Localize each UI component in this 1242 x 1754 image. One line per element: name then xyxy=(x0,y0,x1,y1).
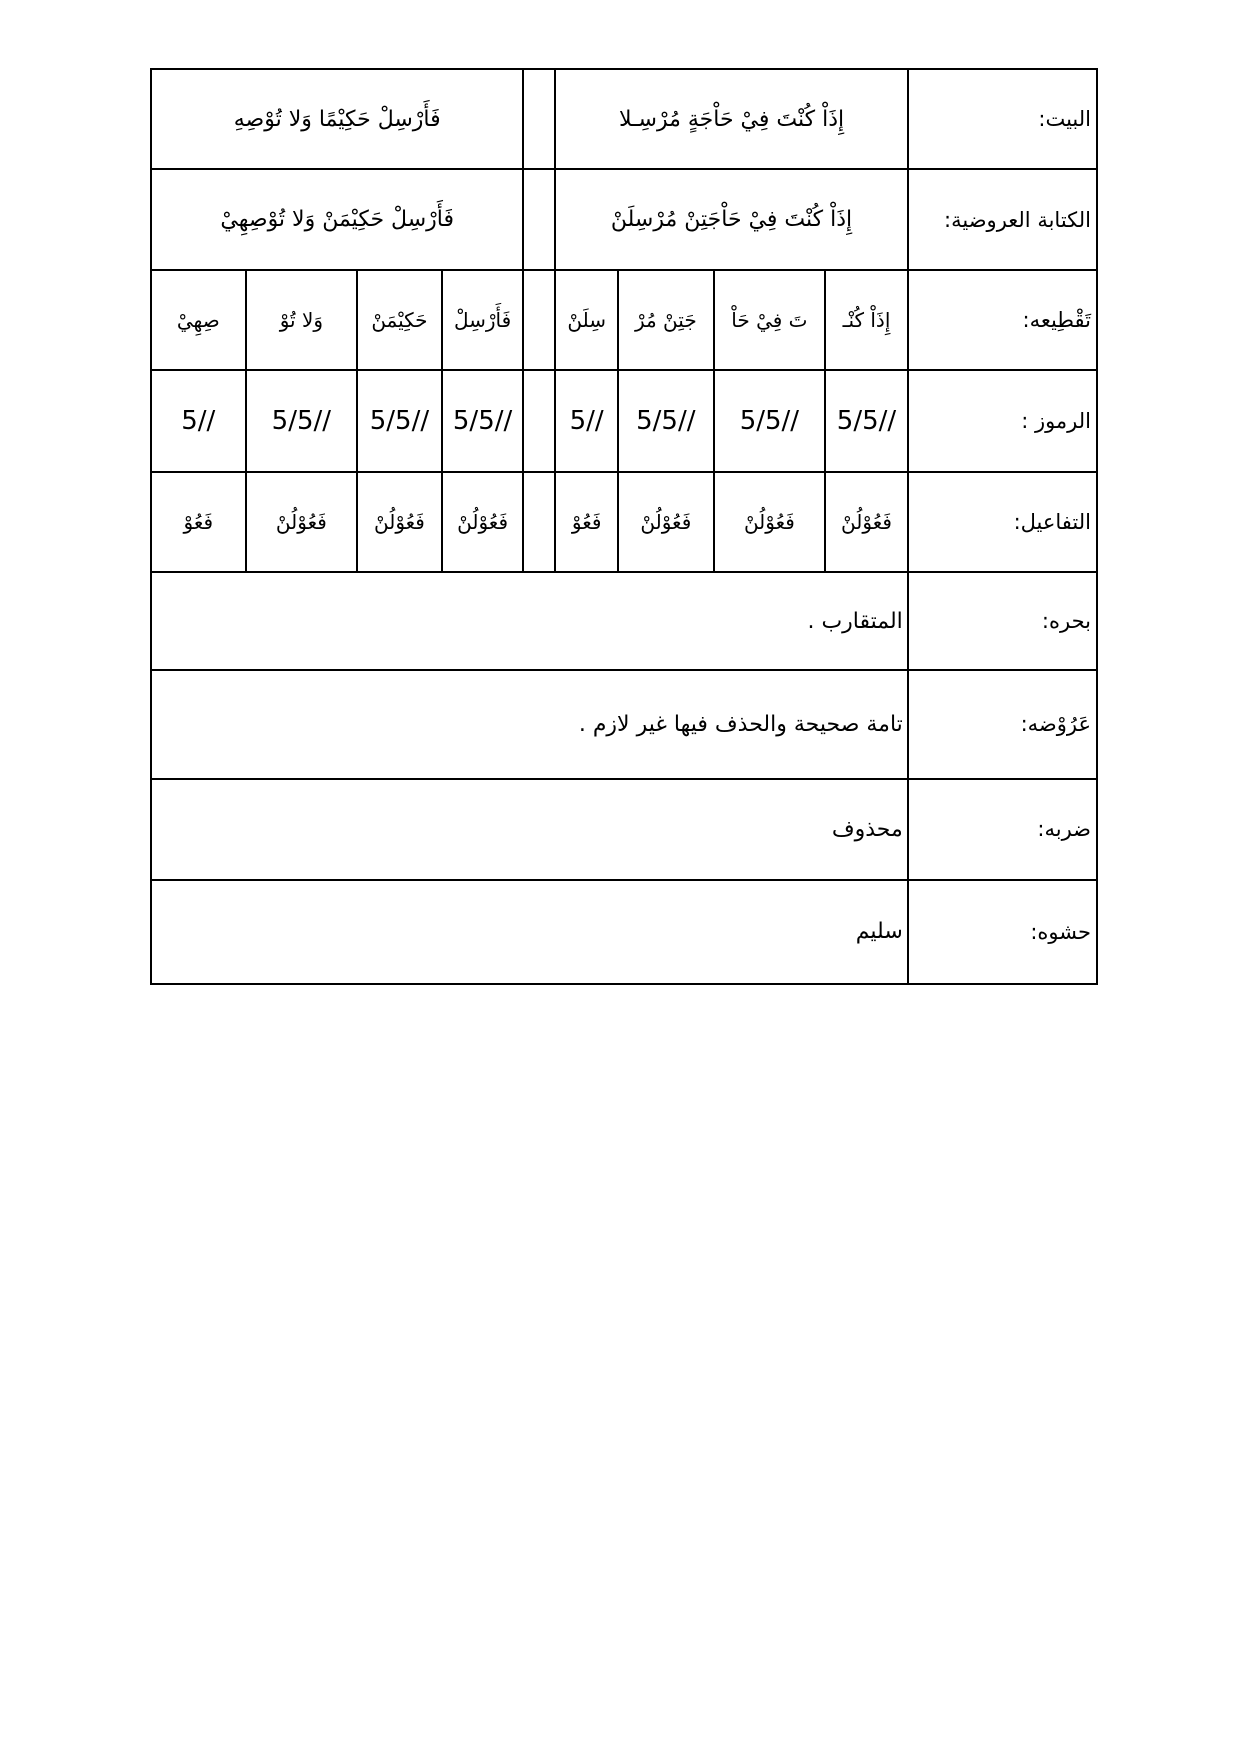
arud-value: تامة صحيحة والحذف فيها غير لازم . xyxy=(152,671,907,778)
symbols-left-3: 5/5// xyxy=(245,371,357,470)
row-darb: ضربه: محذوف xyxy=(152,780,1096,880)
symbols-left-4: 5// xyxy=(152,371,245,470)
feet-right-3: فَعُوْلُنْ xyxy=(617,473,713,571)
row-verse: البيت: إِذَاْ كُنْتَ فِيْ حَاْجَةٍ مُرْس… xyxy=(152,70,1096,170)
symbols-right-1: 5/5// xyxy=(824,371,907,470)
scansion-left-segment-4: صِهِيْ xyxy=(152,271,245,369)
scansion-right-segment-2: تَ فِيْ حَاْ xyxy=(713,271,825,369)
scansion-right-segment-3: جَتِنْ مُرْ xyxy=(617,271,713,369)
row-meter: بحره: المتقارب . xyxy=(152,573,1096,670)
scansion-left-segment-2: حَكِيْمَنْ xyxy=(356,271,441,369)
row-feet: التفاعيل: فَعُوْلُنْ فَعُوْلُنْ فَعُوْلُ… xyxy=(152,473,1096,573)
hashw-value: سليم xyxy=(152,881,907,983)
darb-label: ضربه: xyxy=(907,780,1096,878)
prosodic-writing-right: إِذَاْ كُنْتَ فِيْ حَاْجَتِنْ مُرْسِلَنْ xyxy=(554,170,907,268)
feet-left-1: فَعُوْلُنْ xyxy=(441,473,523,571)
feet-right-2: فَعُوْلُنْ xyxy=(713,473,825,571)
scansion-label: تَقْطِيعه: xyxy=(907,271,1096,369)
feet-right-1: فَعُوْلُنْ xyxy=(824,473,907,571)
hemistich-separator-cell xyxy=(522,371,554,470)
document-page: { "table": { "labels": { "bayt": "البيت:… xyxy=(0,0,1242,1754)
symbols-right-4: 5// xyxy=(554,371,617,470)
row-scansion: تَقْطِيعه: إِذَاْ كُنْـ تَ فِيْ حَاْ جَت… xyxy=(152,271,1096,371)
scansion-right-segment-1: إِذَاْ كُنْـ xyxy=(824,271,907,369)
hemistich-separator-cell xyxy=(522,70,554,168)
feet-left-2: فَعُوْلُنْ xyxy=(356,473,441,571)
verse-row-label: البيت: xyxy=(907,70,1096,168)
hemistich-separator-cell xyxy=(522,271,554,369)
symbols-right-2: 5/5// xyxy=(713,371,825,470)
verse-right-hemistich: إِذَاْ كُنْتَ فِيْ حَاْجَةٍ مُرْسِـلا xyxy=(554,70,907,168)
prosodic-writing-label: الكتابة العروضية: xyxy=(907,170,1096,268)
row-hashw: حشوه: سليم xyxy=(152,881,1096,983)
verse-left-hemistich: فَأَرْسِلْ حَكِيْمًا وَلا تُوْصِهِ xyxy=(152,70,522,168)
hemistich-separator-cell xyxy=(522,170,554,268)
row-symbols: الرموز : 5/5// 5/5// 5/5// 5// 5/5// 5/5… xyxy=(152,371,1096,472)
hashw-label: حشوه: xyxy=(907,881,1096,983)
darb-value: محذوف xyxy=(152,780,907,878)
scansion-left-segment-1: فَأَرْسِلْ xyxy=(441,271,523,369)
symbols-right-3: 5/5// xyxy=(617,371,713,470)
feet-left-4: فَعُوْ xyxy=(152,473,245,571)
arud-label: عَرُوْضه: xyxy=(907,671,1096,778)
feet-label: التفاعيل: xyxy=(907,473,1096,571)
meter-value: المتقارب . xyxy=(152,573,907,668)
feet-left-3: فَعُوْلُنْ xyxy=(245,473,357,571)
hemistich-separator-cell xyxy=(522,473,554,571)
meter-label: بحره: xyxy=(907,573,1096,668)
symbols-left-2: 5/5// xyxy=(356,371,441,470)
scansion-right-segment-4: سِلَنْ xyxy=(554,271,617,369)
scansion-left-segment-3: وَلا تُوْ xyxy=(245,271,357,369)
symbols-left-1: 5/5// xyxy=(441,371,523,470)
prosody-analysis-table: البيت: إِذَاْ كُنْتَ فِيْ حَاْجَةٍ مُرْس… xyxy=(150,68,1098,985)
row-arud: عَرُوْضه: تامة صحيحة والحذف فيها غير لاز… xyxy=(152,671,1096,780)
row-prosodic-writing: الكتابة العروضية: إِذَاْ كُنْتَ فِيْ حَا… xyxy=(152,170,1096,270)
symbols-label: الرموز : xyxy=(907,371,1096,470)
feet-right-4: فَعُوْ xyxy=(554,473,617,571)
prosodic-writing-left: فَأَرْسِلْ حَكِيْمَنْ وَلا تُوْصِهِيْ xyxy=(152,170,522,268)
